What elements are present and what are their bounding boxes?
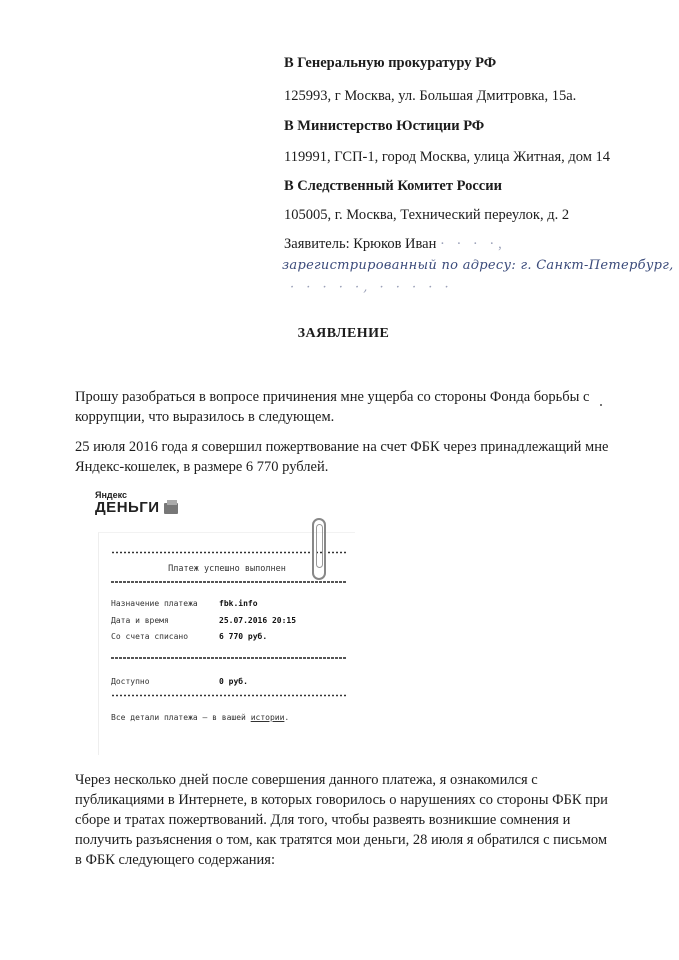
redacted-handwritten: · · · · ·, · · · · · — [290, 280, 453, 295]
paperclip-inner — [316, 524, 323, 568]
receipt-footer: Все детали платежа — в вашей истории. — [111, 713, 289, 722]
yandex-money-logo: Яндекс ДЕНЬГИ — [95, 490, 178, 516]
applicant-line: Заявитель: Крюков Иван · · · ·, — [284, 236, 506, 253]
paragraph-request: Прошу разобраться в вопросе причинения м… — [75, 387, 615, 427]
recipient-name-investigative: В Следственный Комитет России — [284, 178, 502, 195]
recipient-address-investigative: 105005, г. Москва, Технический переулок,… — [284, 207, 569, 224]
paragraph-letter: Через несколько дней после совершения да… — [75, 770, 615, 870]
recipient-name-justice: В Министерство Юстиции РФ — [284, 118, 484, 135]
wallet-icon — [164, 503, 178, 514]
history-link[interactable]: истории — [251, 713, 285, 722]
recipient-address-justice: 119991, ГСП-1, город Москва, улица Житна… — [284, 149, 610, 166]
recipient-name-prosecutor: В Генеральную прокуратуру РФ — [284, 55, 496, 72]
handwritten-address: зарегистрированный по адресу: г. Санкт-П… — [282, 258, 674, 273]
applicant-label: Заявитель: Крюков Иван — [284, 236, 436, 252]
separator — [111, 581, 347, 583]
scan-artifact — [600, 404, 602, 406]
redacted-text: · · · ·, — [440, 236, 506, 252]
separator — [111, 657, 347, 659]
recipient-address-prosecutor: 125993, г Москва, ул. Большая Дмитровка,… — [284, 88, 576, 105]
document-title: ЗАЯВЛЕНИЕ — [0, 326, 679, 342]
paragraph-donation: 25 июля 2016 года я совершил пожертвован… — [75, 437, 615, 477]
separator — [111, 694, 347, 697]
